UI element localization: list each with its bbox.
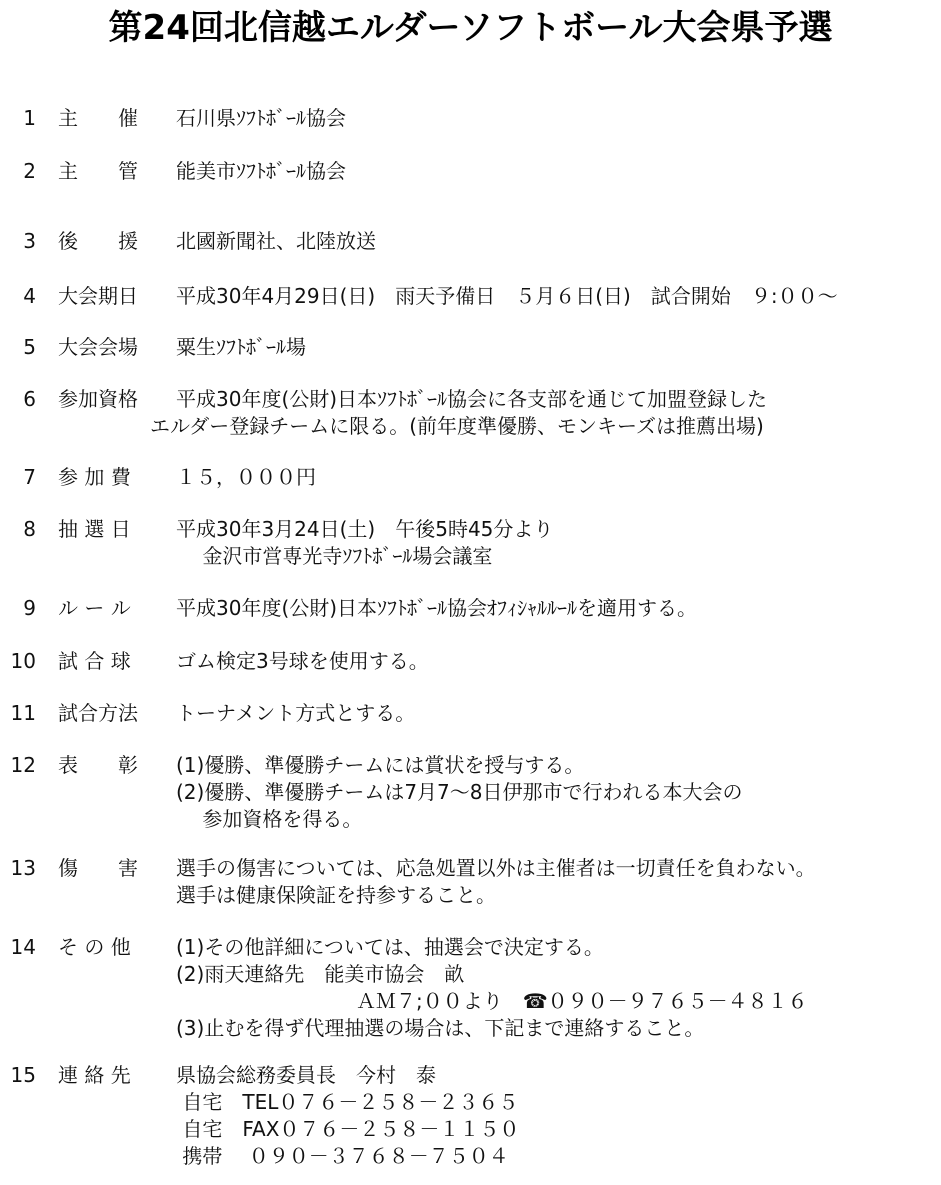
item-label: 連 絡 先	[58, 1062, 162, 1089]
item-content: 石川県ｿﾌﾄﾎﾞｰﾙ協会	[176, 105, 941, 132]
item-label: 抽 選 日	[58, 516, 162, 543]
list-item: 4 大会期日 平成30年4月29日(日) 雨天予備日 ５月６日(日) 試合開始 …	[0, 283, 941, 310]
content-line: 平成30年度(公財)日本ｿﾌﾄﾎﾞｰﾙ協会に各支部を通じて加盟登録した	[176, 386, 941, 413]
item-label: 参加資格	[58, 386, 162, 413]
item-content: １５，０００円	[176, 464, 941, 491]
item-content: 平成30年度(公財)日本ｿﾌﾄﾎﾞｰﾙ協会に各支部を通じて加盟登録したエルダー登…	[176, 386, 941, 440]
item-label: 大会期日	[58, 283, 162, 310]
content-line: 携帯 ０９０－３７６８－７５０４	[176, 1143, 941, 1170]
item-label: 主 管	[58, 158, 162, 185]
content-line: エルダー登録チームに限る。(前年度準優勝、モンキーズは推薦出場)	[150, 413, 941, 440]
list-item: 13 傷 害 選手の傷害については、応急処置以外は主催者は一切責任を負わない。選…	[0, 855, 941, 909]
list-item: 14 そ の 他 (1)その他詳細については、抽選会で決定する。(2)雨天連絡先…	[0, 934, 941, 1042]
item-number: 2	[0, 158, 40, 185]
content-line: 石川県ｿﾌﾄﾎﾞｰﾙ協会	[176, 105, 941, 132]
phone-icon: ☎	[523, 989, 548, 1013]
item-label: 傷 害	[58, 855, 162, 882]
list-item: 12 表 彰 (1)優勝、準優勝チームには賞状を授与する。(2)優勝、準優勝チー…	[0, 752, 941, 833]
content-line: トーナメント方式とする。	[176, 700, 941, 727]
item-number: 8	[0, 516, 40, 543]
item-label: ル ー ル	[58, 595, 162, 622]
list-item: 8 抽 選 日 平成30年3月24日(土) 午後5時45分より 金沢市営専光寺ｿ…	[0, 516, 941, 570]
content-line: 金沢市営専光寺ｿﾌﾄﾎﾞｰﾙ場会議室	[176, 543, 941, 570]
content-line: 参加資格を得る。	[176, 806, 941, 833]
item-number: 13	[0, 855, 40, 882]
content-line: (2)雨天連絡先 能美市協会 畝	[176, 961, 941, 988]
item-content: 平成30年3月24日(土) 午後5時45分より 金沢市営専光寺ｿﾌﾄﾎﾞｰﾙ場会…	[176, 516, 941, 570]
content-line: 平成30年3月24日(土) 午後5時45分より	[176, 516, 941, 543]
items-list: 1 主 催 石川県ｿﾌﾄﾎﾞｰﾙ協会 2 主 管 能美市ｿﾌﾄﾎﾞｰﾙ協会 3 …	[0, 105, 941, 1170]
item-content: 粟生ｿﾌﾄﾎﾞｰﾙ場	[176, 334, 941, 361]
item-number: 6	[0, 386, 40, 413]
item-label: 参 加 費	[58, 464, 162, 491]
content-line: 自宅 FAX０７６－２５８－１１５０	[176, 1116, 941, 1143]
content-line: 平成30年度(公財)日本ｿﾌﾄﾎﾞｰﾙ協会ｵﾌｨｼｬﾙﾙｰﾙを適用する。	[176, 595, 941, 622]
content-line: (1)その他詳細については、抽選会で決定する。	[176, 934, 941, 961]
item-content: ゴム検定3号球を使用する。	[176, 648, 941, 675]
item-label: そ の 他	[58, 934, 162, 961]
item-label: 試 合 球	[58, 648, 162, 675]
item-number: 11	[0, 700, 40, 727]
content-line: １５，０００円	[176, 464, 941, 491]
item-content: 北國新聞社、北陸放送	[176, 228, 941, 255]
list-item: 7 参 加 費 １５，０００円	[0, 464, 941, 491]
item-number: 10	[0, 648, 40, 675]
item-number: 4	[0, 283, 40, 310]
item-content: 平成30年4月29日(日) 雨天予備日 ５月６日(日) 試合開始 ９:００～	[176, 283, 941, 310]
content-line: ゴム検定3号球を使用する。	[176, 648, 941, 675]
content-line: 県協会総務委員長 今村 泰	[176, 1062, 941, 1089]
page-title: 第24回北信越エルダーソフトボール大会県予選	[0, 8, 941, 48]
content-line: 粟生ｿﾌﾄﾎﾞｰﾙ場	[176, 334, 941, 361]
item-content: 能美市ｿﾌﾄﾎﾞｰﾙ協会	[176, 158, 941, 185]
item-content: 県協会総務委員長 今村 泰 自宅 TEL０７６－２５８－２３６５ 自宅 FAX０…	[176, 1062, 941, 1170]
content-line: (1)優勝、準優勝チームには賞状を授与する。	[176, 752, 941, 779]
item-content: トーナメント方式とする。	[176, 700, 941, 727]
content-line: 自宅 TEL０７６－２５８－２３６５	[176, 1089, 941, 1116]
item-number: 15	[0, 1062, 40, 1089]
item-content: 選手の傷害については、応急処置以外は主催者は一切責任を負わない。選手は健康保険証…	[176, 855, 941, 909]
content-line: 平成30年4月29日(日) 雨天予備日 ５月６日(日) 試合開始 ９:００～	[176, 283, 941, 310]
list-item: 3 後 援 北國新聞社、北陸放送	[0, 228, 941, 255]
item-label: 試合方法	[58, 700, 162, 727]
content-line: 選手は健康保険証を持参すること。	[176, 882, 941, 909]
content-line: (2)優勝、準優勝チームは7月7～8日伊那市で行われる本大会の	[176, 779, 941, 806]
item-content: 平成30年度(公財)日本ｿﾌﾄﾎﾞｰﾙ協会ｵﾌｨｼｬﾙﾙｰﾙを適用する。	[176, 595, 941, 622]
list-item: 2 主 管 能美市ｿﾌﾄﾎﾞｰﾙ協会	[0, 158, 941, 185]
item-number: 1	[0, 105, 40, 132]
item-number: 14	[0, 934, 40, 961]
list-item: 10 試 合 球 ゴム検定3号球を使用する。	[0, 648, 941, 675]
item-label: 主 催	[58, 105, 162, 132]
item-label: 後 援	[58, 228, 162, 255]
list-item: 15 連 絡 先 県協会総務委員長 今村 泰 自宅 TEL０７６－２５８－２３６…	[0, 1062, 941, 1170]
item-number: 9	[0, 595, 40, 622]
rain-contact-time: ＡＭ７;００より	[176, 989, 523, 1013]
item-number: 3	[0, 228, 40, 255]
item-label: 表 彰	[58, 752, 162, 779]
list-item: 5 大会会場 粟生ｿﾌﾄﾎﾞｰﾙ場	[0, 334, 941, 361]
list-item: 9 ル ー ル 平成30年度(公財)日本ｿﾌﾄﾎﾞｰﾙ協会ｵﾌｨｼｬﾙﾙｰﾙを適…	[0, 595, 941, 622]
content-line: ＡＭ７;００より ☎０９０－９７６５－４８１６	[176, 988, 941, 1015]
item-content: (1)その他詳細については、抽選会で決定する。(2)雨天連絡先 能美市協会 畝 …	[176, 934, 941, 1042]
content-line: (3)止むを得ず代理抽選の場合は、下記まで連絡すること。	[176, 1015, 941, 1042]
list-item: 6 参加資格 平成30年度(公財)日本ｿﾌﾄﾎﾞｰﾙ協会に各支部を通じて加盟登録…	[0, 386, 941, 440]
item-content: (1)優勝、準優勝チームには賞状を授与する。(2)優勝、準優勝チームは7月7～8…	[176, 752, 941, 833]
tournament-notice-document: 第24回北信越エルダーソフトボール大会県予選 1 主 催 石川県ｿﾌﾄﾎﾞｰﾙ協…	[0, 8, 941, 1185]
item-label: 大会会場	[58, 334, 162, 361]
content-line: 北國新聞社、北陸放送	[176, 228, 941, 255]
rain-contact-phone-number: ０９０－９７６５－４８１６	[548, 989, 808, 1013]
item-number: 7	[0, 464, 40, 491]
item-number: 12	[0, 752, 40, 779]
item-number: 5	[0, 334, 40, 361]
content-line: 選手の傷害については、応急処置以外は主催者は一切責任を負わない。	[176, 855, 941, 882]
list-item: 1 主 催 石川県ｿﾌﾄﾎﾞｰﾙ協会	[0, 105, 941, 132]
content-line: 能美市ｿﾌﾄﾎﾞｰﾙ協会	[176, 158, 941, 185]
list-item: 11 試合方法 トーナメント方式とする。	[0, 700, 941, 727]
